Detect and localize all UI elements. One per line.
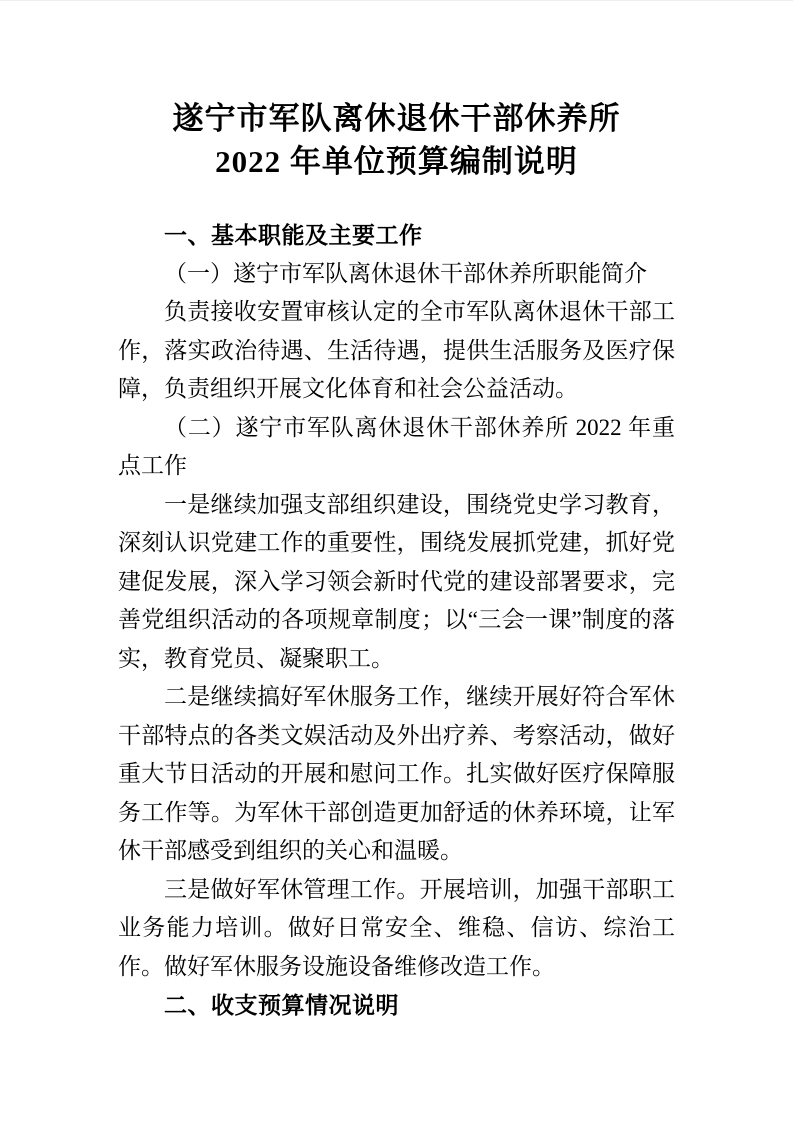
document-title: 遂宁市军队离休退休干部休养所 2022 年单位预算编制说明 xyxy=(118,97,675,183)
subsection-heading-functions-intro: （一）遂宁市军队离休退休干部休养所职能简介 xyxy=(118,255,675,294)
paragraph-key-work-third: 三是做好军休管理工作。开展培训，加强干部职工业务能力培训。做好日常安全、维稳、信… xyxy=(118,871,675,987)
paragraph-key-work-first: 一是继续加强支部组织建设，围绕党史学习教育，深刻认识党建工作的重要性，围绕发展抓… xyxy=(118,486,675,679)
document-body: 一、基本职能及主要工作 （一）遂宁市军队离休退休干部休养所职能简介 负责接收安置… xyxy=(118,216,675,1025)
document-title-line-1: 遂宁市军队离休退休干部休养所 xyxy=(118,97,675,140)
section-heading-budget-explanation: 二、收支预算情况说明 xyxy=(118,986,675,1025)
paragraph-key-work-second: 二是继续搞好军休服务工作，继续开展好符合军休干部特点的各类文娱活动及外出疗养、考… xyxy=(118,678,675,871)
section-heading-basic-functions: 一、基本职能及主要工作 xyxy=(118,216,675,255)
document-page: 遂宁市军队离休退休干部休养所 2022 年单位预算编制说明 一、基本职能及主要工… xyxy=(0,0,793,1122)
paragraph-functions-description: 负责接收安置审核认定的全市军队离休退休干部工作，落实政治待遇、生活待遇，提供生活… xyxy=(118,293,675,409)
subsection-heading-key-work-2022: （二）遂宁市军队离休退休干部休养所 2022 年重点工作 xyxy=(118,409,675,486)
document-title-line-2: 2022 年单位预算编制说明 xyxy=(118,140,675,183)
